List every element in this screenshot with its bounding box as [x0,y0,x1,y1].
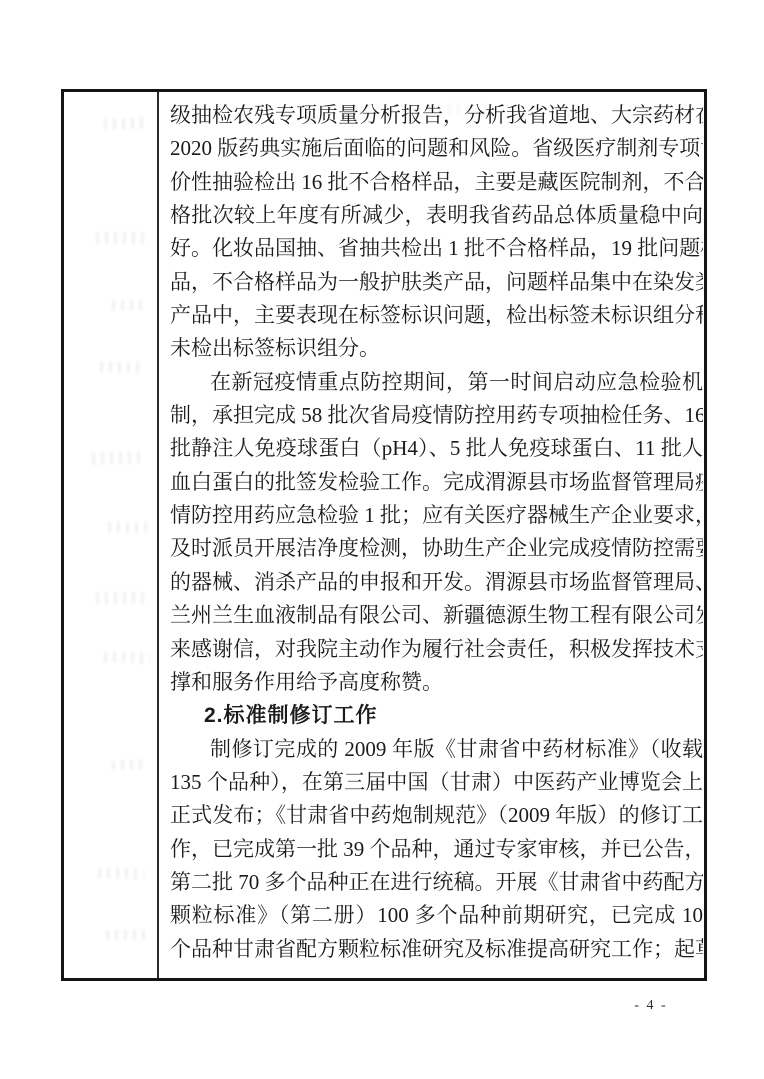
text-line: 制修订完成的 2009 年版《甘肃省中药材标准》（收载 [170,733,703,766]
text-line: 好。化妆品国抽、省抽共检出 1 批不合格样品，19 批问题样 [170,232,703,265]
text-line: 价性抽验检出 16 批不合格样品，主要是藏医院制剂，不合 [170,166,703,199]
table-text-cell: 级抽检农残专项质量分析报告，分析我省道地、大宗药材在2020 版药典实施后面临的… [161,92,704,978]
text-line: 兰州兰生血液制品有限公司、新疆德源生物工程有限公司发 [170,599,703,632]
text-line: 撑和服务作用给予高度称赞。 [170,666,703,699]
text-line: 作，已完成第一批 39 个品种，通过专家审核，并已公告， [170,833,703,866]
text-line: 个品种甘肃省配方颗粒标准研究及标准提高研究工作；起草 [170,933,703,966]
content-table: 级抽检农残专项质量分析报告，分析我省道地、大宗药材在2020 版药典实施后面临的… [61,89,707,981]
text-line: 格批次较上年度有所减少，表明我省药品总体质量稳中向 [170,199,703,232]
table-left-cell-empty [64,92,159,978]
text-line: 产品中，主要表现在标签标识问题，检出标签未标识组分和 [170,299,703,332]
text-line: 级抽检农残专项质量分析报告，分析我省道地、大宗药材在 [170,99,703,132]
document-page: 级抽检农残专项质量分析报告，分析我省道地、大宗药材在2020 版药典实施后面临的… [0,0,764,1079]
text-line: 血白蛋白的批签发检验工作。完成渭源县市场监督管理局疫 [170,466,703,499]
text-line: 情防控用药应急检验 1 批；应有关医疗器械生产企业要求， [170,499,703,532]
section-heading: 2.标准制修订工作 [170,699,703,732]
text-line: 在新冠疫情重点防控期间，第一时间启动应急检验机 [170,366,703,399]
text-line: 未检出标签标识组分。 [170,332,703,365]
text-line: 135 个品种），在第三届中国（甘肃）中医药产业博览会上 [170,766,703,799]
text-line: 品，不合格样品为一般护肤类产品，问题样品集中在染发类 [170,266,703,299]
text-line: 2020 版药典实施后面临的问题和风险。省级医疗制剂专项评 [170,132,703,165]
text-line: 颗粒标准》（第二册）100 多个品种前期研究，已完成 10 [170,899,703,932]
text-line: 的器械、消杀产品的申报和开发。渭源县市场监督管理局、 [170,566,703,599]
text-line: 批静注人免疫球蛋白（pH4）、5 批人免疫球蛋白、11 批人 [170,432,703,465]
text-line: 来感谢信，对我院主动作为履行社会责任，积极发挥技术支 [170,633,703,666]
text-line: 正式发布；《甘肃省中药炮制规范》（2009 年版）的修订工 [170,799,703,832]
text-line: 第二批 70 多个品种正在进行统稿。开展《甘肃省中药配方 [170,866,703,899]
page-number: - 4 - [616,998,686,1014]
text-line: 制，承担完成 58 批次省局疫情防控用药专项抽检任务、16 [170,399,703,432]
text-line: 及时派员开展洁净度检测，协助生产企业完成疫情防控需要 [170,532,703,565]
document-lines: 级抽检农残专项质量分析报告，分析我省道地、大宗药材在2020 版药典实施后面临的… [170,99,703,966]
